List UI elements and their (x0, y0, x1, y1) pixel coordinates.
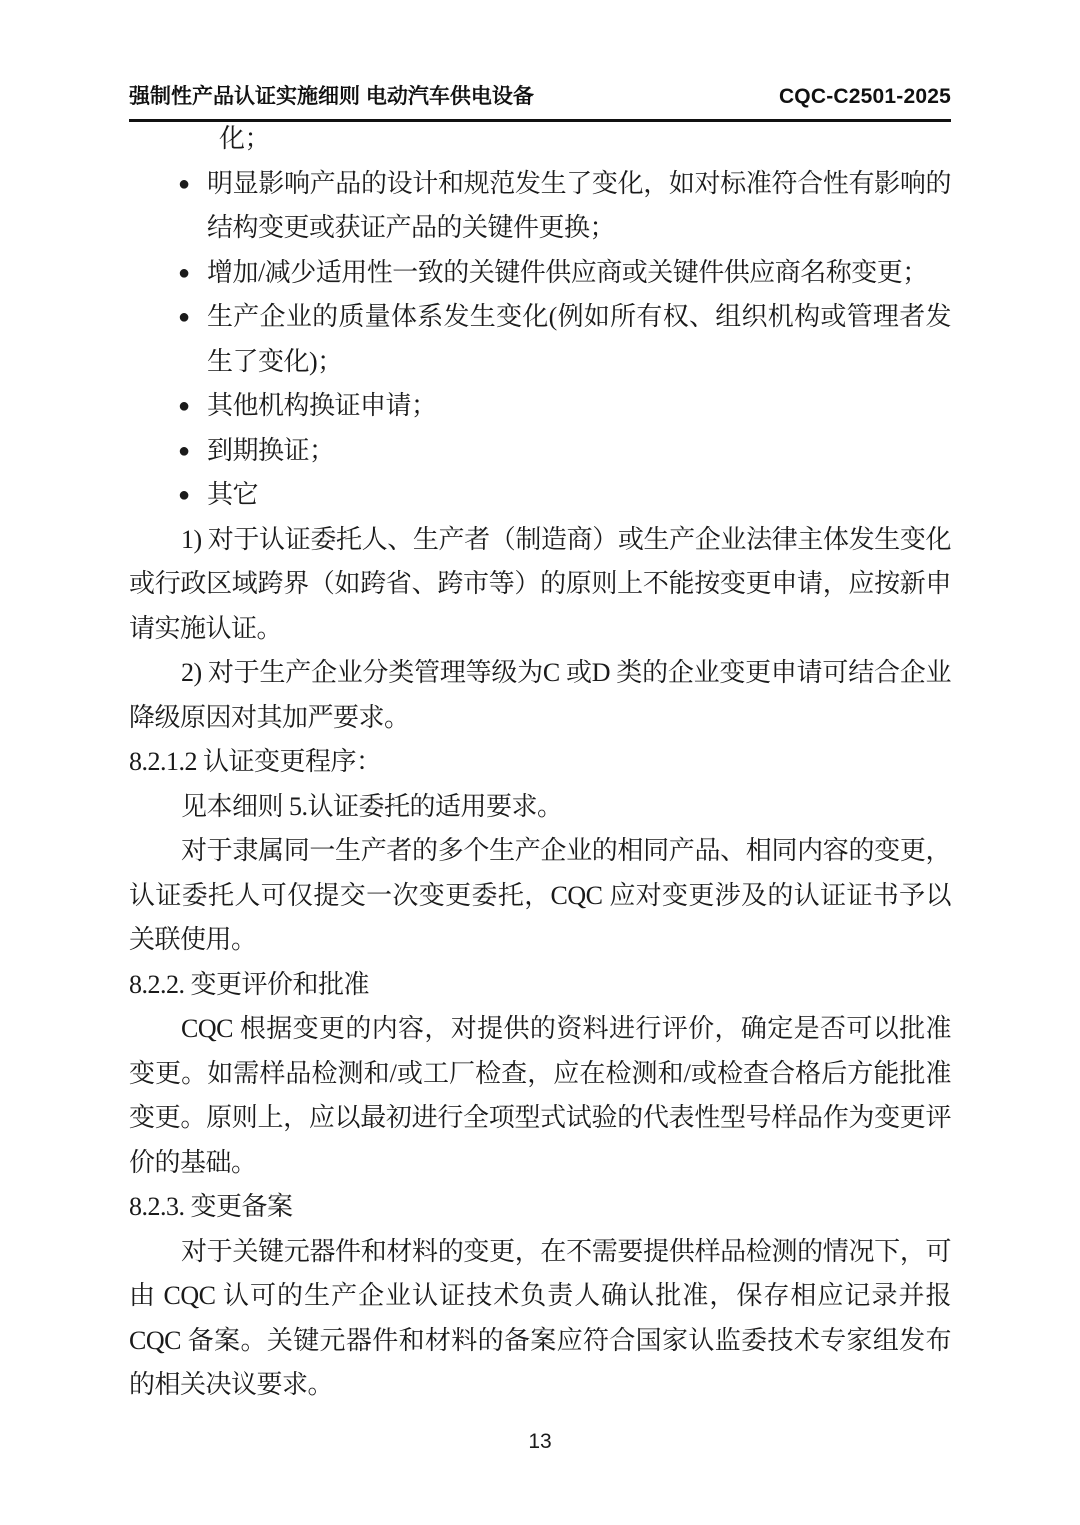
bullet-icon: ● (178, 295, 207, 340)
bullet-icon: ● (178, 162, 207, 207)
bullet-text: 生产企业的质量体系发生变化(例如所有权、组织机构或管理者发生了变化)； (207, 295, 951, 384)
bullet-text: 其它 (207, 473, 951, 518)
section-heading-8-2-2: 8.2.2. 变更评价和批准 (129, 963, 951, 1008)
section-heading-8-2-3: 8.2.3. 变更备案 (129, 1185, 951, 1230)
section-paragraph: CQC 根据变更的内容，对提供的资料进行评价，确定是否可以批准变更。如需样品检测… (129, 1007, 951, 1185)
bullet-item: ● 到期换证； (129, 429, 951, 474)
continuation-line: 化； (129, 117, 951, 162)
header-doc-title: 强制性产品认证实施细则 电动汽车供电设备 (129, 80, 534, 110)
bullet-text: 明显影响产品的设计和规范发生了变化，如对标准符合性有影响的结构变更或获证产品的关… (207, 162, 951, 251)
section-paragraph: 对于关键元器件和材料的变更，在不需要提供样品检测的情况下，可由 CQC 认可的生… (129, 1230, 951, 1408)
page-footer: 13 (0, 1430, 1080, 1454)
page-number: 13 (528, 1430, 551, 1453)
header-doc-number: CQC-C2501-2025 (779, 85, 951, 109)
section-heading-8-2-1-2: 8.2.1.2 认证变更程序： (129, 740, 951, 785)
bullet-icon: ● (178, 473, 207, 518)
section-paragraph: 见本细则 5.认证委托的适用要求。 (129, 785, 951, 830)
numbered-paragraph-1: 1) 对于认证委托人、生产者（制造商）或生产企业法律主体发生变化或行政区域跨界（… (129, 518, 951, 652)
bullet-text: 其他机构换证申请； (207, 384, 951, 429)
bullet-icon: ● (178, 384, 207, 429)
bullet-item: ● 其它 (129, 473, 951, 518)
bullet-item: ● 其他机构换证申请； (129, 384, 951, 429)
bullet-text: 到期换证； (207, 429, 951, 474)
bullet-item: ● 生产企业的质量体系发生变化(例如所有权、组织机构或管理者发生了变化)； (129, 295, 951, 384)
bullet-text: 增加/减少适用性一致的关键件供应商或关键件供应商名称变更； (207, 251, 951, 296)
document-body: 化； ● 明显影响产品的设计和规范发生了变化，如对标准符合性有影响的结构变更或获… (129, 117, 951, 1408)
bullet-icon: ● (178, 429, 207, 474)
bullet-item: ● 增加/减少适用性一致的关键件供应商或关键件供应商名称变更； (129, 251, 951, 296)
numbered-paragraph-2: 2) 对于生产企业分类管理等级为C 或D 类的企业变更申请可结合企业降级原因对其… (129, 651, 951, 740)
page-header: 强制性产品认证实施细则 电动汽车供电设备 CQC-C2501-2025 (129, 80, 951, 122)
bullet-icon: ● (178, 251, 207, 296)
bullet-item: ● 明显影响产品的设计和规范发生了变化，如对标准符合性有影响的结构变更或获证产品… (129, 162, 951, 251)
document-page: 强制性产品认证实施细则 电动汽车供电设备 CQC-C2501-2025 化； ●… (0, 0, 1080, 1525)
section-paragraph: 对于隶属同一生产者的多个生产企业的相同产品、相同内容的变更，认证委托人可仅提交一… (129, 829, 951, 963)
